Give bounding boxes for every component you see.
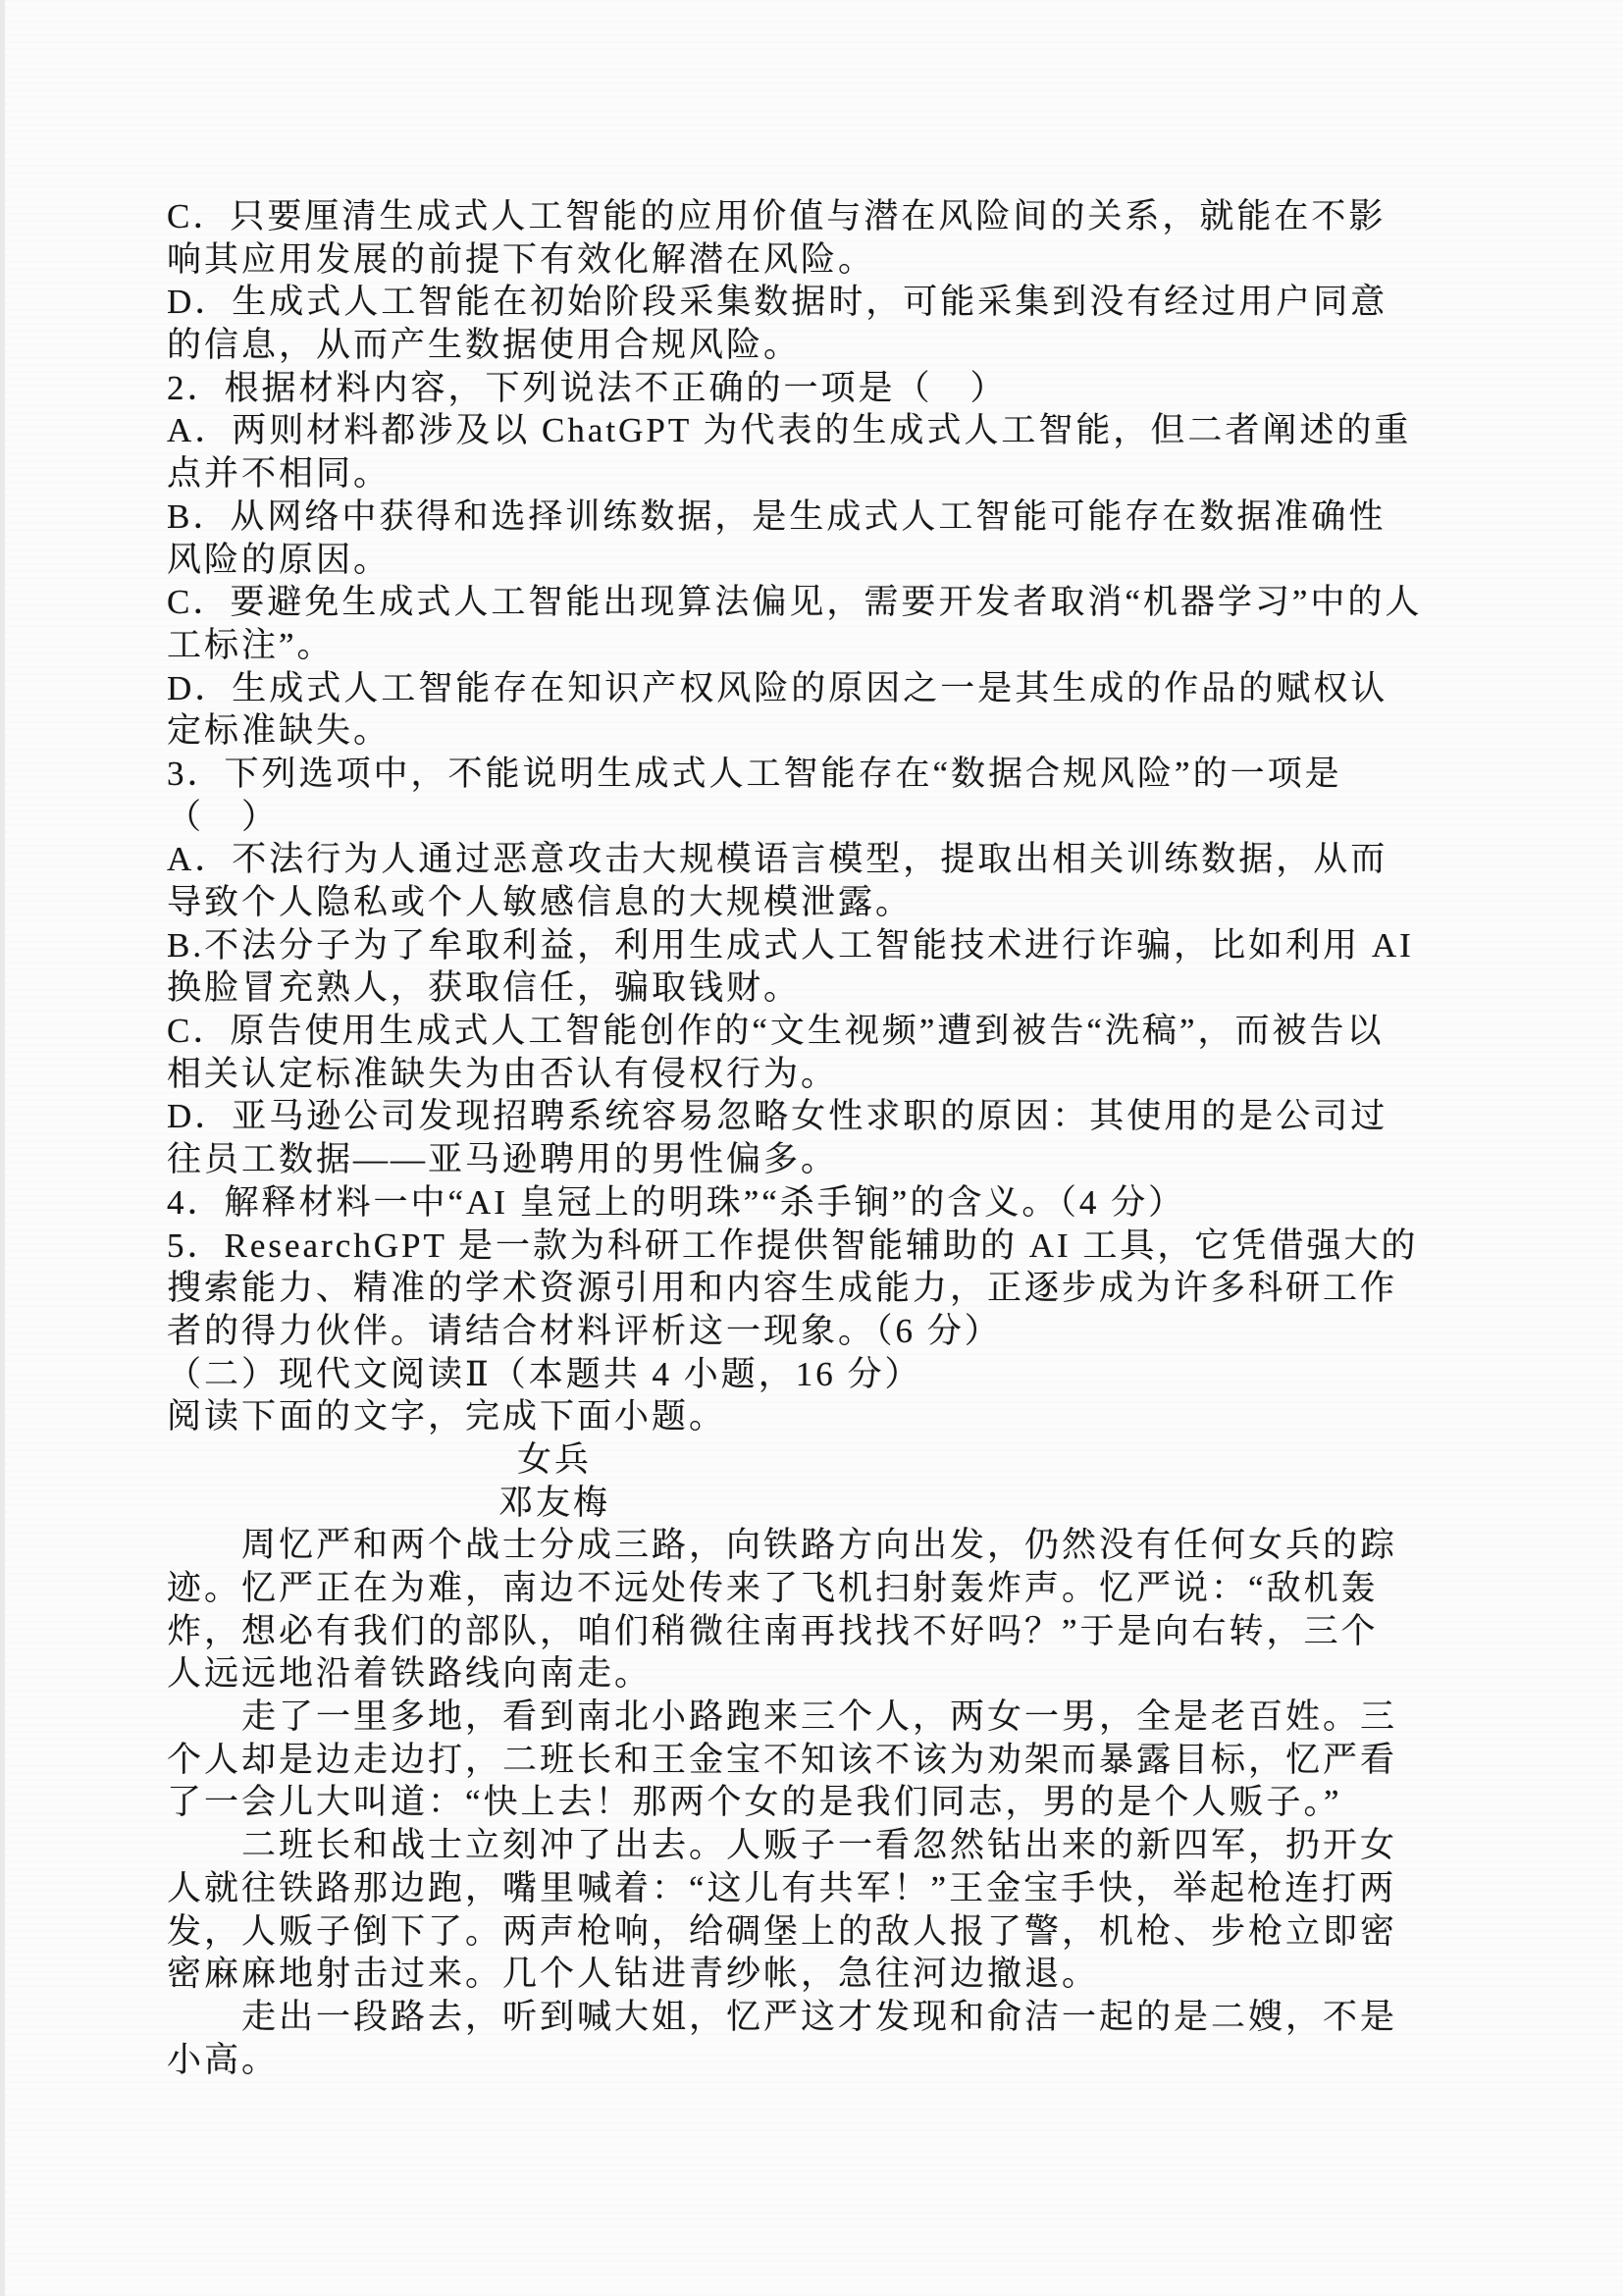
text-line: 小高。 (167, 2039, 1472, 2082)
story-title: 女兵 (167, 1438, 942, 1482)
text-line: C．只要厘清生成式人工智能的应用价值与潜在风险间的关系，就能在不影 (167, 195, 1472, 238)
text-line: 搜索能力、精准的学术资源引用和内容生成能力，正逐步成为许多科研工作 (167, 1267, 1472, 1310)
text-line: B．从网络中获得和选择训练数据，是生成式人工智能可能存在数据准确性 (167, 496, 1472, 539)
text-line: D．亚马逊公司发现招聘系统容易忽略女性求职的原因：其使用的是公司过 (167, 1095, 1472, 1138)
text-line: 了一会儿大叫道：“快上去！那两个女的是我们同志，男的是个人贩子。” (167, 1781, 1472, 1824)
text-line: 风险的原因。 (167, 539, 1472, 582)
text-line: 定标准缺失。 (167, 709, 1472, 753)
text-line: 者的得力伙伴。请结合材料评析这一现象。（6 分） (167, 1310, 1472, 1353)
text-line: 个人却是边走边打，二班长和王金宝不知该不该为劝架而暴露目标，忆严看 (167, 1739, 1472, 1782)
text-line: 响其应用发展的前提下有效化解潜在风险。 (167, 238, 1472, 282)
text-line: 二班长和战士立刻冲了出去。人贩子一看忽然钻出来的新四军，扔开女 (167, 1824, 1472, 1867)
text-line: 迹。忆严正在为难，南边不远处传来了飞机扫射轰炸声。忆严说：“敌机轰 (167, 1567, 1472, 1610)
text-line: C．原告使用生成式人工智能创作的“文生视频”遭到被告“洗稿”，而被告以 (167, 1010, 1472, 1053)
text-line: （ ） (167, 796, 1472, 839)
text-line: 3．下列选项中，不能说明生成式人工智能存在“数据合规风险”的一项是 (167, 753, 1472, 796)
document-page: C．只要厘清生成式人工智能的应用价值与潜在风险间的关系，就能在不影响其应用发展的… (0, 0, 1623, 2296)
text-line: 相关认定标准缺失为由否认有侵权行为。 (167, 1053, 1472, 1096)
text-line: 周忆严和两个战士分成三路，向铁路方向出发，仍然没有任何女兵的踪 (167, 1524, 1472, 1567)
text-line: 5．ResearchGPT 是一款为科研工作提供智能辅助的 AI 工具，它凭借强… (167, 1225, 1472, 1268)
text-line: A．两则材料都涉及以 ChatGPT 为代表的生成式人工智能，但二者阐述的重 (167, 409, 1472, 452)
text-line: 炸，想必有我们的部队，咱们稍微往南再找找不好吗？”于是向右转，三个 (167, 1610, 1472, 1653)
text-line: D．生成式人工智能在初始阶段采集数据时，可能采集到没有经过用户同意 (167, 281, 1472, 324)
text-line: 走出一段路去，听到喊大姐，忆严这才发现和俞洁一起的是二嫂，不是 (167, 1996, 1472, 2039)
scan-edge-artifact (0, 0, 5, 2296)
exam-text-block: C．只要厘清生成式人工智能的应用价值与潜在风险间的关系，就能在不影响其应用发展的… (167, 195, 1472, 2081)
text-line: 换脸冒充熟人，获取信任，骗取钱财。 (167, 966, 1472, 1010)
text-line: 点并不相同。 (167, 452, 1472, 496)
text-line: 导致个人隐私或个人敏感信息的大规模泄露。 (167, 881, 1472, 924)
text-line: A．不法行为人通过恶意攻击大规模语言模型，提取出相关训练数据，从而 (167, 838, 1472, 881)
text-line: 4．解释材料一中“AI 皇冠上的明珠”“杀手锏”的含义。（4 分） (167, 1181, 1472, 1225)
text-line: 人就往铁路那边跑，嘴里喊着：“这儿有共军！”王金宝手快，举起枪连打两 (167, 1867, 1472, 1910)
text-line: B.不法分子为了牟取利益，利用生成式人工智能技术进行诈骗，比如利用 AI (167, 924, 1472, 967)
story-author: 邓友梅 (167, 1482, 942, 1525)
text-line: 工标注”。 (167, 624, 1472, 667)
text-line: 发，人贩子倒下了。两声枪响，给碉堡上的敌人报了警，机枪、步枪立即密 (167, 1910, 1472, 1954)
text-line: C．要避免生成式人工智能出现算法偏见，需要开发者取消“机器学习”中的人 (167, 581, 1472, 624)
text-line: 2．根据材料内容，下列说法不正确的一项是（ ） (167, 367, 1472, 410)
text-line: 往员工数据——亚马逊聘用的男性偏多。 (167, 1138, 1472, 1181)
text-line: 的信息，从而产生数据使用合规风险。 (167, 324, 1472, 367)
text-line: 走了一里多地，看到南北小路跑来三个人，两女一男，全是老百姓。三 (167, 1696, 1472, 1739)
text-line: 密麻麻地射击过来。几个人钻进青纱帐，急往河边撤退。 (167, 1953, 1472, 1996)
text-line: 人远远地沿着铁路线向南走。 (167, 1652, 1472, 1696)
text-line: （二）现代文阅读Ⅱ（本题共 4 小题，16 分） (167, 1353, 1472, 1396)
text-line: 阅读下面的文字，完成下面小题。 (167, 1395, 1472, 1438)
text-line: D．生成式人工智能存在知识产权风险的原因之一是其生成的作品的赋权认 (167, 667, 1472, 710)
